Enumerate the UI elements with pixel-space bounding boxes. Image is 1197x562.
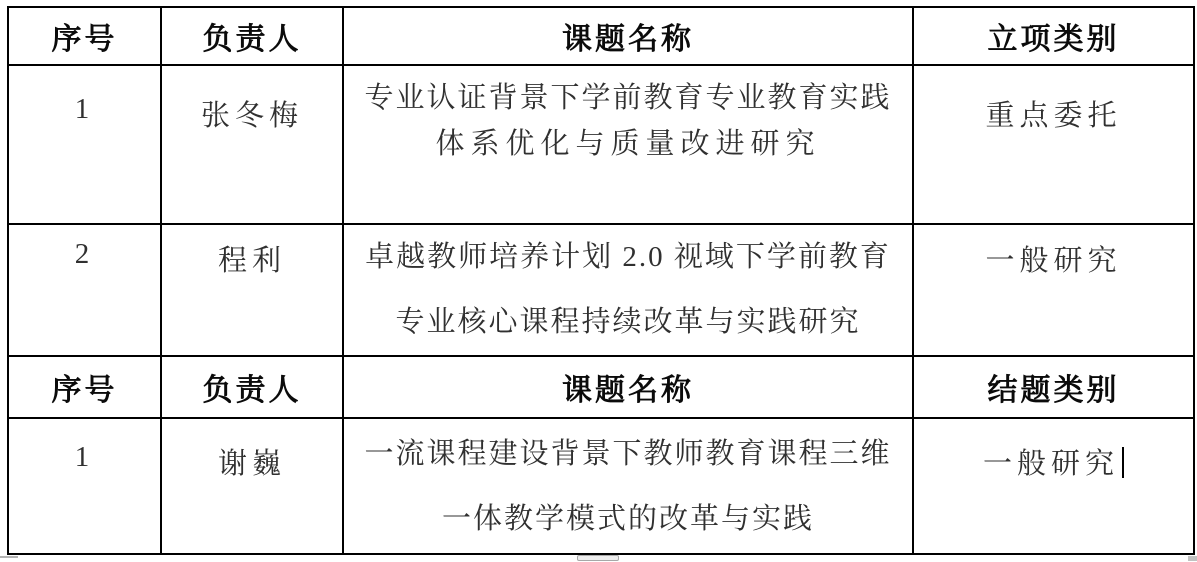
table1-row-2: 2 程利 卓越教师培养计划 2.0 视域下学前教育 专业核心课程持续改革与实践研… [8, 224, 1194, 356]
cell-category[interactable]: 一般研究 [913, 224, 1194, 356]
project-table: 序号 负责人 课题名称 立项类别 1 张冬梅 专业认证背景下学前教育专业教育实践… [7, 6, 1195, 555]
table2-header-row: 序号 负责人 课题名称 结题类别 [8, 356, 1194, 418]
table2-header-no[interactable]: 序号 [8, 356, 161, 418]
title-line: 专业核心课程持续改革与实践研究 [344, 290, 912, 355]
cell-category[interactable]: 一般研究 [913, 418, 1194, 554]
cell-title[interactable]: 一流课程建设背景下教师教育课程三维 一体教学模式的改革与实践 [343, 418, 913, 554]
table2-header-category[interactable]: 结题类别 [913, 356, 1194, 418]
category-text: 一般研究 [983, 448, 1119, 480]
title-line: 一体教学模式的改革与实践 [344, 487, 912, 552]
title-line: 体系优化与质量改进研究 [344, 121, 912, 167]
cell-title[interactable]: 卓越教师培养计划 2.0 视域下学前教育 专业核心课程持续改革与实践研究 [343, 224, 913, 356]
cell-category[interactable]: 重点委托 [913, 65, 1194, 224]
title-line: 一流课程建设背景下教师教育课程三维 [344, 422, 912, 487]
table2-header-title[interactable]: 课题名称 [343, 356, 913, 418]
table1-header-leader[interactable]: 负责人 [161, 7, 343, 65]
bottom-left-artifact [0, 556, 18, 558]
cell-leader[interactable]: 张冬梅 [161, 65, 343, 224]
document-page: 序号 负责人 课题名称 立项类别 1 张冬梅 专业认证背景下学前教育专业教育实践… [0, 0, 1197, 562]
title-line: 专业认证背景下学前教育专业教育实践 [344, 75, 912, 121]
title-line: 卓越教师培养计划 2.0 视域下学前教育 [344, 225, 912, 290]
table1-row-1: 1 张冬梅 专业认证背景下学前教育专业教育实践 体系优化与质量改进研究 重点委托 [8, 65, 1194, 224]
cell-no[interactable]: 1 [8, 65, 161, 224]
text-caret [1122, 447, 1124, 478]
table1-header-no[interactable]: 序号 [8, 7, 161, 65]
cell-no[interactable]: 2 [8, 224, 161, 356]
cell-leader[interactable]: 程利 [161, 224, 343, 356]
table1-header-category[interactable]: 立项类别 [913, 7, 1194, 65]
table2-row-1: 1 谢巍 一流课程建设背景下教师教育课程三维 一体教学模式的改革与实践 一般研究 [8, 418, 1194, 554]
bottom-right-artifact [1188, 556, 1197, 561]
table1-header-row: 序号 负责人 课题名称 立项类别 [8, 7, 1194, 65]
table1-header-title[interactable]: 课题名称 [343, 7, 913, 65]
cell-leader[interactable]: 谢巍 [161, 418, 343, 554]
cell-title[interactable]: 专业认证背景下学前教育专业教育实践 体系优化与质量改进研究 [343, 65, 913, 224]
bottom-center-handle[interactable] [577, 555, 619, 561]
table2-header-leader[interactable]: 负责人 [161, 356, 343, 418]
cell-no[interactable]: 1 [8, 418, 161, 554]
